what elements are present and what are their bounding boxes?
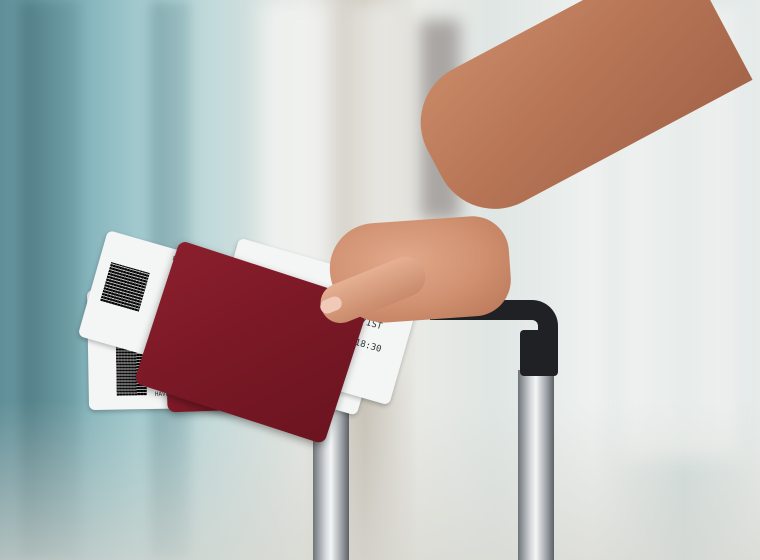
suitcase-pole-right	[518, 370, 554, 560]
suitcase-handle-cap	[520, 330, 558, 376]
floor	[0, 400, 760, 560]
barcode	[100, 262, 149, 311]
departure-time: 18:30	[354, 338, 383, 355]
airport-photo: K GATE 2 HAVE A BOARDING PASS /SVO /IST …	[0, 0, 760, 560]
